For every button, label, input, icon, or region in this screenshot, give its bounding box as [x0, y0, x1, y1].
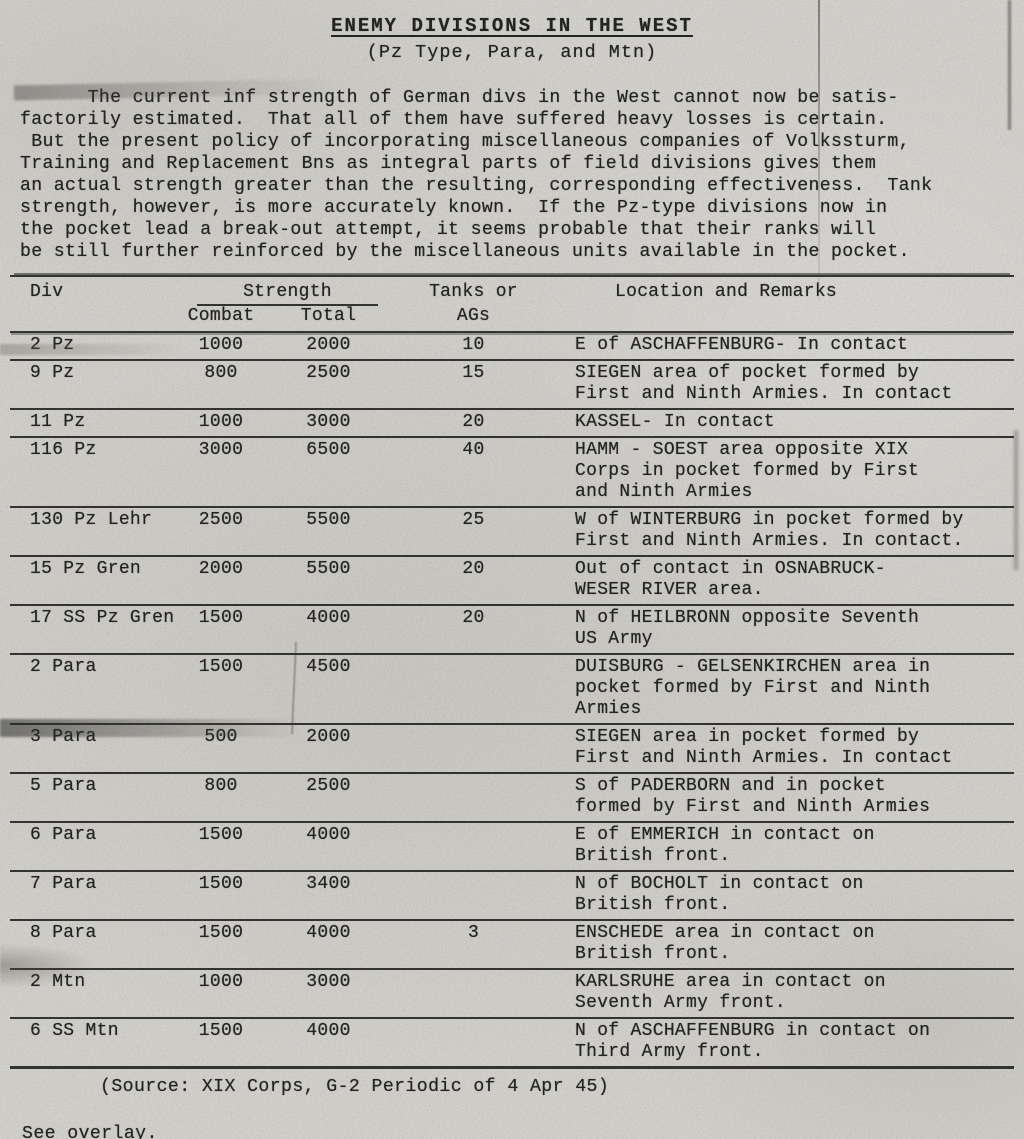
header-combat: Combat [175, 306, 285, 327]
cell-tanks: 20 [400, 412, 575, 433]
cell-tanks: 40 [400, 440, 575, 503]
cell-div: 2 Para [10, 657, 175, 720]
cell-remarks: E of ASCHAFFENBURG- In contact [575, 335, 1014, 356]
cell-div: 17 SS Pz Gren [10, 608, 175, 650]
intro-paragraph: The current inf strength of German divs … [20, 87, 1006, 263]
cell-combat: 800 [175, 776, 285, 818]
cell-combat: 500 [175, 727, 285, 769]
cell-div: 7 Para [10, 874, 175, 916]
overlay-note: See overlay. [22, 1124, 1024, 1139]
table-row: 2 Mtn10003000KARLSRUHE area in contact o… [10, 968, 1014, 1017]
cell-total: 4000 [285, 923, 400, 965]
cell-tanks [400, 874, 575, 916]
document-title: ENEMY DIVISIONS IN THE WEST [331, 16, 693, 37]
cell-remarks: W of WINTERBURG in pocket formed by Firs… [575, 510, 1014, 552]
fold-crease [1014, 430, 1018, 570]
cell-tanks [400, 657, 575, 720]
source-note: (Source: XIX Corps, G-2 Periodic of 4 Ap… [100, 1077, 1024, 1098]
cell-tanks: 10 [400, 335, 575, 356]
cell-total: 2500 [285, 776, 400, 818]
document-page: ENEMY DIVISIONS IN THE WEST (Pz Type, Pa… [0, 0, 1024, 1139]
cell-remarks: SIEGEN area in pocket formed by First an… [575, 727, 1014, 769]
cell-combat: 1500 [175, 923, 285, 965]
cell-div: 116 Pz [10, 440, 175, 503]
table-body: 2 Pz1000200010E of ASCHAFFENBURG- In con… [10, 333, 1014, 1066]
table-row: 17 SS Pz Gren1500400020N of HEILBRONN op… [10, 604, 1014, 653]
cell-combat: 1500 [175, 608, 285, 650]
header-spacer [575, 306, 1014, 327]
cell-tanks: 25 [400, 510, 575, 552]
cell-total: 2000 [285, 335, 400, 356]
table-header-row-1: Div Strength Tanks or Location and Remar… [10, 277, 1014, 306]
cell-total: 6500 [285, 440, 400, 503]
header-remarks: Location and Remarks [575, 282, 1014, 306]
table-row: 2 Para15004500DUISBURG - GELSENKIRCHEN a… [10, 653, 1014, 723]
cell-tanks [400, 727, 575, 769]
cell-tanks: 15 [400, 363, 575, 405]
header-tanks-line2: AGs [400, 306, 575, 327]
table-row: 2 Pz1000200010E of ASCHAFFENBURG- In con… [10, 333, 1014, 359]
cell-remarks: N of HEILBRONN opposite Seventh US Army [575, 608, 1014, 650]
table-header: Div Strength Tanks or Location and Remar… [10, 277, 1014, 333]
divisions-table: Div Strength Tanks or Location and Remar… [10, 275, 1014, 1069]
cell-remarks: KASSEL- In contact [575, 412, 1014, 433]
cell-tanks [400, 776, 575, 818]
cell-combat: 800 [175, 363, 285, 405]
table-row: 6 SS Mtn15004000N of ASCHAFFENBURG in co… [10, 1017, 1014, 1066]
cell-combat: 2000 [175, 559, 285, 601]
cell-remarks: KARLSRUHE area in contact on Seventh Arm… [575, 972, 1014, 1014]
cell-div: 3 Para [10, 727, 175, 769]
header-div: Div [10, 282, 175, 306]
cell-remarks: DUISBURG - GELSENKIRCHEN area in pocket … [575, 657, 1014, 720]
cell-tanks: 20 [400, 559, 575, 601]
cell-combat: 1500 [175, 874, 285, 916]
table-row: 130 Pz Lehr2500550025W of WINTERBURG in … [10, 506, 1014, 555]
cell-combat: 1500 [175, 1021, 285, 1063]
table-row: 11 Pz1000300020KASSEL- In contact [10, 408, 1014, 436]
cell-total: 4000 [285, 825, 400, 867]
table-row: 9 Pz800250015SIEGEN area of pocket forme… [10, 359, 1014, 408]
cell-total: 3000 [285, 972, 400, 1014]
title-block: ENEMY DIVISIONS IN THE WEST (Pz Type, Pa… [0, 0, 1024, 63]
cell-combat: 1500 [175, 825, 285, 867]
cell-total: 5500 [285, 510, 400, 552]
cell-total: 2500 [285, 363, 400, 405]
header-tanks-line1: Tanks or [400, 282, 575, 306]
cell-div: 9 Pz [10, 363, 175, 405]
cell-remarks: N of ASCHAFFENBURG in contact on Third A… [575, 1021, 1014, 1063]
table-row: 116 Pz3000650040HAMM - SOEST area opposi… [10, 436, 1014, 506]
cell-total: 4000 [285, 1021, 400, 1063]
cell-total: 3000 [285, 412, 400, 433]
cell-total: 4500 [285, 657, 400, 720]
cell-div: 6 Para [10, 825, 175, 867]
cell-div: 6 SS Mtn [10, 1021, 175, 1063]
cell-div: 11 Pz [10, 412, 175, 433]
cell-combat: 1000 [175, 412, 285, 433]
cell-div: 15 Pz Gren [10, 559, 175, 601]
cell-remarks: SIEGEN area of pocket formed by First an… [575, 363, 1014, 405]
header-strength: Strength [197, 282, 378, 306]
table-row: 5 Para8002500S of PADERBORN and in pocke… [10, 772, 1014, 821]
header-strength-group: Strength [175, 282, 400, 306]
cell-div: 2 Mtn [10, 972, 175, 1014]
cell-total: 3400 [285, 874, 400, 916]
cell-combat: 3000 [175, 440, 285, 503]
cell-combat: 1500 [175, 657, 285, 720]
cell-div: 5 Para [10, 776, 175, 818]
cell-total: 4000 [285, 608, 400, 650]
cell-total: 5500 [285, 559, 400, 601]
document-subtitle: (Pz Type, Para, and Mtn) [0, 42, 1024, 63]
cell-combat: 1000 [175, 972, 285, 1014]
cell-div: 2 Pz [10, 335, 175, 356]
cell-total: 2000 [285, 727, 400, 769]
cell-remarks: HAMM - SOEST area opposite XIX Corps in … [575, 440, 1014, 503]
cell-tanks: 20 [400, 608, 575, 650]
table-row: 3 Para5002000SIEGEN area in pocket forme… [10, 723, 1014, 772]
table-row: 15 Pz Gren2000550020Out of contact in OS… [10, 555, 1014, 604]
table-header-row-2: Combat Total AGs [10, 306, 1014, 331]
cell-tanks [400, 1021, 575, 1063]
header-spacer [10, 306, 175, 327]
table-row: 6 Para15004000E of EMMERICH in contact o… [10, 821, 1014, 870]
cell-tanks [400, 972, 575, 1014]
cell-div: 8 Para [10, 923, 175, 965]
cell-combat: 2500 [175, 510, 285, 552]
cell-remarks: E of EMMERICH in contact on British fron… [575, 825, 1014, 867]
cell-remarks: S of PADERBORN and in pocket formed by F… [575, 776, 1014, 818]
cell-tanks: 3 [400, 923, 575, 965]
cell-tanks [400, 825, 575, 867]
cell-remarks: ENSCHEDE area in contact on British fron… [575, 923, 1014, 965]
cell-combat: 1000 [175, 335, 285, 356]
table-row: 7 Para15003400N of BOCHOLT in contact on… [10, 870, 1014, 919]
cell-remarks: N of BOCHOLT in contact on British front… [575, 874, 1014, 916]
table-row: 8 Para150040003ENSCHEDE area in contact … [10, 919, 1014, 968]
cell-div: 130 Pz Lehr [10, 510, 175, 552]
header-total: Total [285, 306, 400, 327]
cell-remarks: Out of contact in OSNABRUCK- WESER RIVER… [575, 559, 1014, 601]
